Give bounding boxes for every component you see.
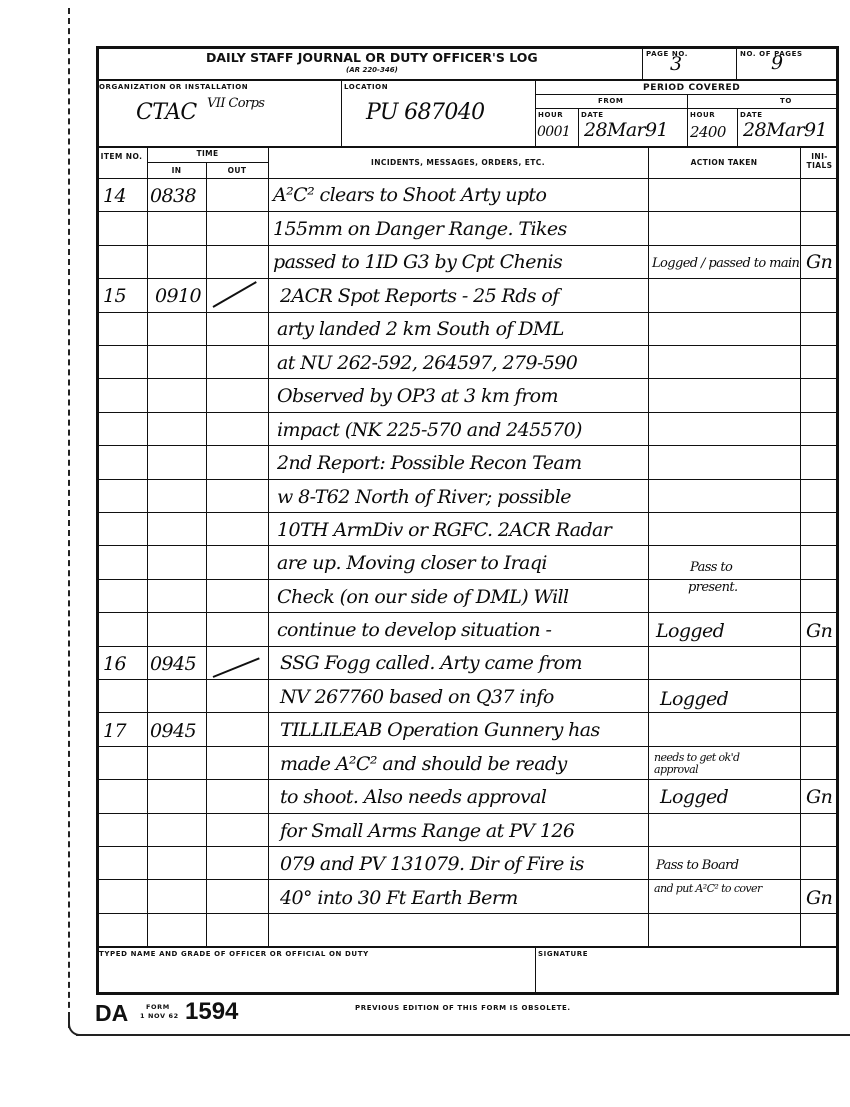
col-header-in: IN xyxy=(147,166,206,175)
col-header-action-taken: ACTION TAKEN xyxy=(648,158,800,167)
incident-text: 10TH ArmDiv or RGFC. 2ACR Radar xyxy=(277,519,611,541)
action-taken: needs to get ok'd approval xyxy=(654,752,764,776)
divider xyxy=(147,162,268,163)
incident-text: made A²C² and should be ready xyxy=(280,753,567,775)
signature-field[interactable] xyxy=(538,962,833,990)
incident-text: are up. Moving closer to Iraqi xyxy=(277,552,547,574)
officer-name-field[interactable] xyxy=(99,962,529,990)
initials: Gn xyxy=(806,887,832,909)
organization-value[interactable]: CTAC xyxy=(136,100,197,125)
col-line-out xyxy=(268,146,269,946)
action-taken: Logged xyxy=(660,688,728,710)
col-line-item xyxy=(147,146,148,946)
row-line xyxy=(96,679,839,680)
incident-text: 2ACR Spot Reports - 25 Rds of xyxy=(280,285,559,307)
row-line xyxy=(96,245,839,246)
form-number: 1594 xyxy=(185,998,238,1026)
row-line xyxy=(96,545,839,546)
row-line xyxy=(96,211,839,212)
location-value[interactable]: PU 687040 xyxy=(366,100,485,125)
from-hour-value[interactable]: 0001 xyxy=(537,124,570,140)
divider xyxy=(535,946,536,995)
incident-text: Check (on our side of DML) Will xyxy=(277,586,569,608)
to-date-value[interactable]: 28Mar91 xyxy=(743,119,827,141)
from-label: FROM xyxy=(598,97,624,105)
item-no: 17 xyxy=(103,720,126,742)
form-title: DAILY STAFF JOURNAL OR DUTY OFFICER'S LO… xyxy=(206,50,538,65)
incident-text: 079 and PV 131079. Dir of Fire is xyxy=(280,853,584,875)
to-hour-label: HOUR xyxy=(690,111,715,119)
row-line xyxy=(96,946,839,948)
divider xyxy=(642,46,643,79)
col-header-item-no: ITEM NO. xyxy=(96,152,147,161)
form-prefix: DA xyxy=(95,1000,128,1027)
row-line xyxy=(96,746,839,747)
page-edge-corner xyxy=(68,1012,90,1036)
period-covered-label: PERIOD COVERED xyxy=(643,83,740,93)
incident-text: for Small Arms Range at PV 126 xyxy=(280,820,574,842)
col-header-incidents: INCIDENTS, MESSAGES, ORDERS, ETC. xyxy=(268,158,648,167)
incident-text: SSG Fogg called. Arty came from xyxy=(280,652,582,674)
action-taken: Pass to xyxy=(690,560,732,575)
row-line xyxy=(96,879,839,880)
row-line xyxy=(96,178,839,179)
incident-text: passed to 1ID G3 by Cpt Chenis xyxy=(273,251,562,273)
row-line xyxy=(96,512,839,513)
action-taken: and put A²C² to cover xyxy=(654,883,794,895)
no-of-pages-value[interactable]: 9 xyxy=(771,52,783,74)
divider xyxy=(736,46,737,79)
col-header-out: OUT xyxy=(206,166,268,175)
obsolete-notice: PREVIOUS EDITION OF THIS FORM IS OBSOLET… xyxy=(355,1004,571,1012)
incident-text: 2nd Report: Possible Recon Team xyxy=(277,452,581,474)
row-line xyxy=(96,813,839,814)
row-line xyxy=(96,712,839,713)
incident-text: w 8-T62 North of River; possible xyxy=(277,486,571,508)
to-date-label: DATE xyxy=(740,111,763,119)
time-in: 0945 xyxy=(150,720,196,742)
incident-text: to shoot. Also needs approval xyxy=(280,786,546,808)
action-taken: Pass to Board xyxy=(656,858,738,873)
incident-text: TILLILEAB Operation Gunnery has xyxy=(280,719,600,741)
form-word: FORM xyxy=(146,1003,170,1011)
incident-text: arty landed 2 km South of DML xyxy=(277,318,564,340)
divider xyxy=(535,108,839,109)
col-line-incidents xyxy=(648,146,649,946)
signature-label: SIGNATURE xyxy=(538,950,588,958)
to-label: TO xyxy=(780,97,792,105)
row-line xyxy=(96,412,839,413)
action-taken: Logged / passed to main xyxy=(652,256,799,271)
col-header-initials: INI- TIALS xyxy=(800,152,839,170)
initials: Gn xyxy=(806,620,832,642)
col-header-time: TIME xyxy=(147,149,268,158)
divider xyxy=(96,146,839,148)
divider xyxy=(535,79,536,146)
form-regulation: (AR 220-346) xyxy=(346,66,398,74)
initials: Gn xyxy=(806,786,832,808)
incident-text: 40° into 30 Ft Earth Berm xyxy=(280,887,518,909)
organization-label: ORGANIZATION OR INSTALLATION xyxy=(99,83,248,91)
time-in: 0910 xyxy=(155,285,201,307)
incident-text: at NU 262-592, 264597, 279-590 xyxy=(277,352,577,374)
item-no: 16 xyxy=(103,653,126,675)
divider xyxy=(96,79,839,81)
divider xyxy=(687,94,688,146)
from-date-value[interactable]: 28Mar91 xyxy=(584,119,668,141)
page-edge-bottom xyxy=(76,1034,850,1036)
location-label: LOCATION xyxy=(344,83,388,91)
action-taken: present. xyxy=(688,580,738,595)
row-line xyxy=(96,312,839,313)
incident-text: continue to develop situation - xyxy=(277,619,551,641)
initials: Gn xyxy=(806,251,832,273)
divider xyxy=(341,79,342,146)
time-in: 0838 xyxy=(150,185,196,207)
col-line-in xyxy=(206,162,207,946)
col-line-action xyxy=(800,146,801,946)
row-line xyxy=(96,913,839,914)
incident-text: 155mm on Danger Range. Tikes xyxy=(273,218,567,240)
row-line xyxy=(96,479,839,480)
row-line xyxy=(96,612,839,613)
row-line xyxy=(96,345,839,346)
time-in: 0945 xyxy=(150,653,196,675)
to-hour-value[interactable]: 2400 xyxy=(690,123,726,141)
from-hour-label: HOUR xyxy=(538,111,563,119)
from-date-label: DATE xyxy=(581,111,604,119)
item-no: 15 xyxy=(103,285,126,307)
incident-text: NV 267760 based on Q37 info xyxy=(280,686,554,708)
page-no-value[interactable]: 3 xyxy=(670,53,682,75)
row-line xyxy=(96,378,839,379)
incident-text: impact (NK 225-570 and 245570) xyxy=(277,419,582,441)
divider xyxy=(578,108,579,146)
organization-note: VII Corps xyxy=(207,96,264,111)
incident-text: Observed by OP3 at 3 km from xyxy=(277,385,558,407)
action-taken: Logged xyxy=(656,620,724,642)
form-date: 1 NOV 62 xyxy=(140,1012,179,1020)
officer-name-label: TYPED NAME AND GRADE OF OFFICER OR OFFIC… xyxy=(99,950,369,958)
row-line xyxy=(96,445,839,446)
row-line xyxy=(96,779,839,780)
item-no: 14 xyxy=(103,185,126,207)
incident-text: A²C² clears to Shoot Arty upto xyxy=(273,184,546,206)
action-taken: Logged xyxy=(660,786,728,808)
row-line xyxy=(96,846,839,847)
page-edge-left xyxy=(68,8,70,1028)
divider xyxy=(737,108,738,146)
row-line xyxy=(96,646,839,647)
row-line xyxy=(96,278,839,279)
